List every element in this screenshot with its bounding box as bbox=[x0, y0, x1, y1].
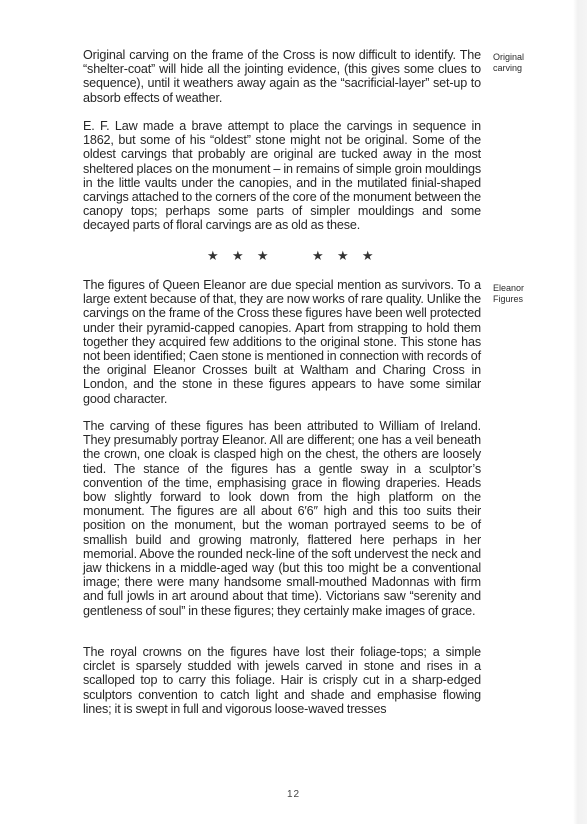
star-icon-group-right: ★ ★ ★ bbox=[312, 249, 379, 263]
margin-note-original-carving: Original carving bbox=[493, 52, 553, 73]
paragraph-ef-law: E. F. Law made a brave attempt to place … bbox=[83, 119, 481, 233]
margin-note-eleanor-figures: Eleanor Figures bbox=[493, 283, 553, 304]
section-separator: ★ ★ ★ ★ ★ ★ bbox=[83, 249, 481, 265]
paragraph-royal-crowns: The royal crowns on the figures have los… bbox=[83, 645, 481, 716]
page-number: 12 bbox=[0, 789, 587, 800]
page-edge-shadow bbox=[573, 0, 587, 824]
paragraph-original-carving: Original carving on the frame of the Cro… bbox=[83, 48, 481, 105]
star-icon-group-left: ★ ★ ★ bbox=[207, 249, 274, 263]
paragraph-eleanor-figures: The figures of Queen Eleanor are due spe… bbox=[83, 278, 481, 406]
paragraph-carving-attribution: The carving of these figures has been at… bbox=[83, 419, 481, 618]
